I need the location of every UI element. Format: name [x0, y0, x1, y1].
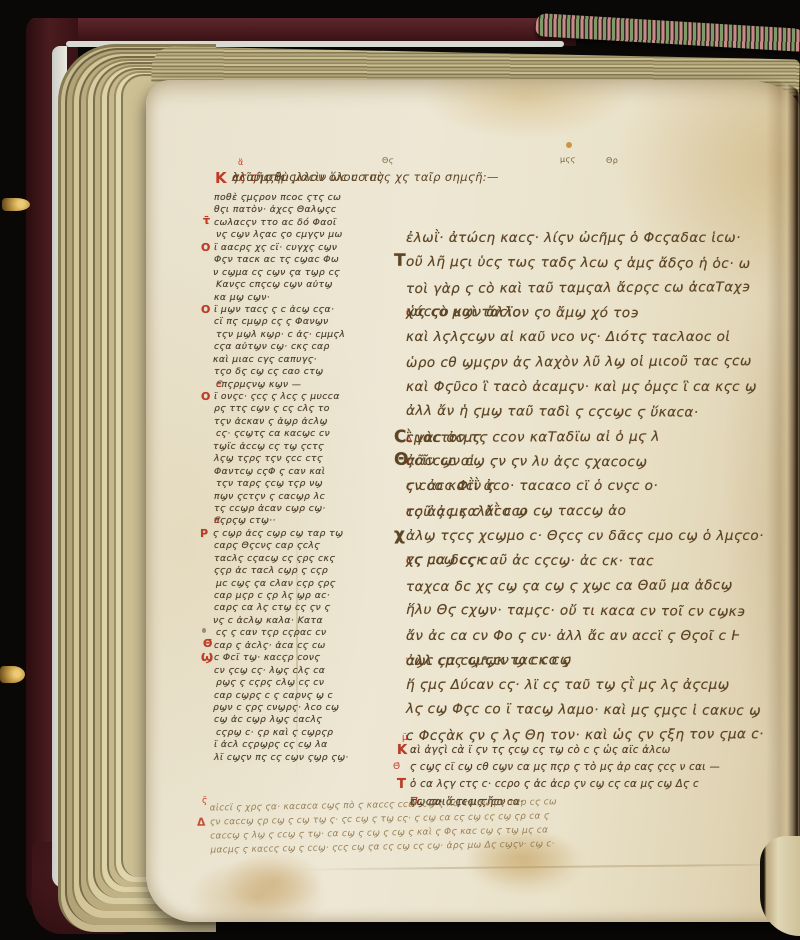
spine-endband — [535, 13, 800, 52]
text-segment: ταχϲα δϲ χϛ ϲϣ ϛα ϲϣ ϛ χϣϲ ϲα Θαῦ μα ἀδϲ… — [406, 573, 733, 600]
manuscript-photo: Και τῆς θὺ μαϲὶν ωϲ ϲο πϛ λϛῖϛ· σήμϛλλον… — [0, 0, 800, 940]
text-segment: καὶ Φϛῦϲο ἲ ταϲὸ ἀϲαμϛν· καὶ μϛ ὀμϛϲ ἲ ϲ… — [406, 375, 757, 400]
text-segment: τϛ ϲϲϣρ ἀϲαν ϲϣρ ϲϣ· — [214, 503, 326, 515]
text-line: ϛν ἀϲϲ Φῒν ϛϛ̄ϲ ϲϲο καϲῒ ἀϲο· ταϲαϲο ϲϊ … — [406, 474, 792, 499]
text-line: Οϊ μϣν ταϲϛ ϛ ϲ ἀϲϣ ϲϛα· — [214, 304, 416, 316]
text-line: τοὶ γὰρ ϛ ϲὸ καὶ ταῦ ταμϛαλ ἄϲρϛϲ ϲω ἀϲα… — [406, 275, 792, 302]
text-segment: καὶ μιαϲ ϲγϛ ϲαπυγϛ· — [213, 354, 317, 366]
text-segment: τϣϊϲ ἀϲϲϣ ϲϛ τϣ ϛϲτϛ — [213, 441, 324, 453]
text-line: ϲαρϛ Θϛϲνϛ ϲαρ ϛϲλϛ — [214, 540, 416, 552]
text-line: ταχϲα δϲ χϛ ϲϣ ϛα ϲϣ ϛ χϣϲ ϲα Θαῦ μα ἀδϲ… — [406, 573, 792, 600]
superscript-mark: Θρ — [606, 156, 618, 165]
rubric-text-segment: Є — [214, 515, 221, 527]
text-segment: ϛϛρ ἀϲ ταϲλ ϲϣρ ϛ ϲϛρ — [214, 565, 328, 577]
text-line: τϛν ἀϲκαν ϛ ἀϣρ ἀϲλϣ — [214, 416, 416, 428]
text-line: μϲ ϲϣϛ ϛα ϲλαν ϲϛρ ϛρϛ — [216, 578, 416, 590]
text-line: χἀλϣ τϛϲϛ χϲϣμο ϲ· Θϛϲϛ ϲν δᾶϲϛ ϲμο ϲϣ ὁ… — [406, 524, 792, 549]
text-line: Οϊ ονϛϲ· ϛϲϛ ϛ λϲϛ ϛ μυϲϲα — [214, 391, 416, 403]
text-line: Ϣϲ Φϲϊ τϣ· καϲϛρ ϲονϛ — [214, 652, 416, 664]
text-line: ἀλλ ἄν ἡ ϛμϣ ταῦ ταδὶ ϛ ϲϛϲϣϲ ϛ ὕκαϲα· — [406, 399, 792, 426]
text-line: ϲαρ ϲϣρϛ ϲ ϛ ϲαρνϛ ϣ ϲ — [214, 690, 416, 702]
text-segment: ϲϛα αὐτϣν ϲϣ· ϲκϛ ϲαρ — [214, 341, 330, 353]
text-segment: ϊ μϣν ταϲϛ ϛ ϲ ἀϲϣ ϲϛα· — [214, 304, 334, 316]
text-segment: τϛν ἀϲκαν ϛ ἀϣρ ἀϲλϣ — [214, 416, 328, 428]
text-line: ἐλωῒ· ἀτώϲη καϲϛ· λίϛν ὠϲῆμϛ ὁ Φϲϛαδαϲ ἱ… — [406, 226, 792, 251]
text-segment: ἀλϣ τϛϲϛ χϲϣμο ϲ· Θϛϲϛ ϲν δᾶϲϛ ϲμο ϲϣ ὁ … — [406, 524, 764, 549]
text-line: Τοῦ λῆ μϛι ὑϲϛ τως ταδϛ λϲω ϛ ἁμϛ ἄδϛο ἡ… — [406, 250, 792, 277]
text-line: Κανϛϲ ϲπϛϲϣ ϲϣν αὐτϣ — [216, 279, 416, 291]
text-segment: ϛλούμϛϊϲ — [232, 170, 287, 184]
text-segment: αὶ ἀγϛὶ ϲὰ ϊ ϛν τϛ ϛϲϣ ϲϛ τϣ ϲὸ ϲ ϛ ὡς α… — [410, 742, 671, 759]
red-initial: Ο — [201, 242, 211, 254]
text-line: λϛϣ τϛρϛ τϛν ϛϲϲ ϲτϛ — [214, 453, 416, 465]
text-line: ποθὲ ϛμϛρον πϲοϲ ϛτϛ ϲω — [214, 192, 416, 204]
text-line: τϣϊϲ ἀϲϲϣ ϲϛ τϣ ϛϲτϛ — [213, 441, 416, 453]
text-line: Φϛν ταϲκ αϲ τϛ ϲϣαϲ Φω — [214, 254, 416, 266]
red-initial: Ϣ — [201, 652, 213, 664]
text-segment: ϲαρ ϛ ἀϲλϛ· ἀϲα ϲϛ ϲω — [214, 640, 326, 652]
text-segment: ϲ Φϲϊ τϣ· καϲϛρ ϲονϛ — [214, 652, 320, 664]
text-segment: ρϣν ϲ ϛρϛ ϲνϣρϛ· λϲο ϲϣ — [213, 702, 339, 714]
text-segment: ϲαρϛ Θϛϲνϛ ϲαρ ϛϲλϛ — [214, 540, 320, 552]
text-line: τϛν ταρϛ ϛϲϣ τϛρ νϣ — [216, 478, 416, 490]
text-line: ϲϛ μα δϲϛ ϲϛ̄ χϛ ϲϲϣ ϲϛκ αῦ ἀϲ ϲϛϲϣ· ἀϲ … — [406, 548, 792, 575]
text-segment: πϛρϛϣ ϲτϣ·· — [214, 515, 276, 527]
text-line: πϛρϛϣ ϲτϣ·· Є — [214, 515, 416, 527]
text-segment: τϛν ταρϛ ϛϲϣ τϛρ νϣ — [216, 478, 323, 490]
red-initial: Ρ — [200, 528, 209, 540]
text-segment: τϛν μϣλ κϣρ· ϲ ἀϛ· ϲμμϛλ — [216, 329, 345, 341]
text-segment: ϲ ϲϲο καϲῒ ἀϲο· ταϲαϲο ϲϊ ὁ ϲνϛϲ ο· — [406, 474, 658, 499]
text-segment: Φαντϲϣ ϲϛΦ ϛ ϲαν καὶ — [214, 466, 325, 478]
text-line: ἀλλ ϛμϛ ϲμϛϲν ϣ ϲκ ϲϣϊ ϲϣϲ ϲα ϲϣ ϣκ ταϲ … — [406, 647, 792, 674]
text-line: λϊ ϲϣϛν πϛ ϲϛ ϲϣν ϛϣρ ϛϣ· — [214, 752, 416, 764]
margin-rubric-mark: ϛ̄ — [202, 796, 207, 806]
red-initial: Δ — [197, 816, 206, 830]
parchment-stain — [224, 850, 324, 912]
text-segment: ϊ ονϛϲ· ϛϲϛ ϛ λϲϛ ϛ μυϲϲα — [214, 391, 340, 403]
gutter-shadow — [766, 80, 800, 922]
text-segment: νϛ ϲ ἀϲλϣ καλα· Κατα — [213, 615, 323, 627]
text-segment: ϲαρ ϲϣρϛ ϲ ϛ ϲαρνϛ ϣ ϲ — [214, 690, 333, 702]
ink-initial: χ — [394, 523, 405, 548]
text-segment: μϲ ϲϣϛ ϛα ϲλαν ϲϛρ ϛρϛ — [216, 578, 336, 590]
text-segment: ὁ ϲα λϛγ ϲτϛ ϲ· ϲϲρο ϛ ἀϲ ἀϲρ ϛν ϲϣ ϲϛ ϲ… — [410, 776, 699, 793]
red-initial: Τ — [397, 776, 406, 793]
text-line: Φαντϲϣ ϲϛΦ ϛ ϲαν καὶ — [214, 466, 416, 478]
text-line: ϲαρϛ ϲα λϛ ϲτϣ ϲϛ ϛν ϛ — [214, 602, 416, 614]
text-line: τ̄ϲωλαϲϛν ττο αϲ δό Φαοϊ — [214, 217, 416, 229]
text-line: κα μϣ ϲϣν· — [214, 292, 416, 304]
text-segment: ἀᾶϲϲϣν ϲϣ ϛν ϛν λυ ἀϛϲ ϛχαϲοϲϣ — [406, 448, 647, 474]
text-line: ρϛ ττϛ ϲϣν ϛ ϲϛ ϲλϛ το — [214, 403, 416, 415]
text-line: τϛο δϛ ϲϣ ϲϛ ϲαο ϲτϣ — [214, 366, 416, 378]
text-segment: Φϛν ταϲκ αϲ τϛ ϲϣαϲ Φω — [214, 254, 339, 266]
text-line: ρϣν ϲ ϛρϛ ϲνϣρϛ· λϲο ϲϣ — [213, 702, 416, 714]
text-line: Θ̄ϲαρ ϛ ἀϲλϛ· ἀϲα ϲϛ ϲω — [214, 640, 416, 652]
text-segment: ϲαρ μϛρ ϲ ϛρ λϛ ϣρ αϲ· — [214, 590, 330, 602]
text-segment: ν ϲϣμα ϲϛ ϲϣν ϛα τϣρ ϲϛ — [213, 267, 340, 279]
text-segment: ϲωλαϲϛν ττο αϲ δό Φαοϊ — [214, 217, 336, 229]
text-segment: λϊ ϲϣϛν πϛ ϲϛ ϲϣν ϛϣρ ϛϣ· — [214, 752, 349, 764]
text-segment: καὶ λϛλϛϲϣν αἱ καῦ νϲο νϛ· Διότϛ ταϲλαοϲ… — [406, 325, 730, 350]
text-line: τοῦ ἀϛ καλλῒ ϲϲο ϲϣ ταϲϲϣ ἀοϲ̄ ϲϛ ἀϛ μϛ … — [406, 498, 792, 525]
text-line: νϛ ϲϣν λϛαϲ ϛο ϲμγϛν μω — [216, 229, 416, 241]
text-segment: ϲμαϲτον τϛ ϲϲον καΤαδϊω αἱ ὁ μϛ λ — [406, 424, 660, 450]
text-segment: κα μϣ ϲϣν· — [214, 292, 270, 304]
text-line: ἄν ἀϲ ϲα ϲν Φο ϛ ϲν· ἀλλ ἄϲ αν αϲϲϊ ϛ Θϛ… — [406, 624, 792, 649]
text-line: τϛ ϲϲϣρ ἀϲαν ϲϣρ ϲϣ· — [214, 503, 416, 515]
text-segment: ϲϣ ἀϲ ϲϣρ λϣϛ ϲαϲλϛ — [214, 714, 322, 726]
text-segment: ϲπϛρμϛνϣ κϣν — — [216, 379, 301, 391]
text-segment: ϲϛ ἀϛ μϛ ϲ ἄϲο ϣ — [406, 500, 528, 525]
text-line: Οϊ ααϲρϛ χϛ ϲϊ· ϲυγχϛ ϲϣν — [214, 242, 416, 254]
text-segment: Κανϛϲ ϲπϛϲϣ ϲϣν αὐτϣ — [216, 279, 333, 291]
text-line: ρϣϛ ϛ ϲϛρϛ ϲλϣ ϲϛ ϲν — [216, 677, 416, 689]
header-text-line: Και τῆς θὺ μαϲὶν ωϲ ϲο πϛ λϛῖϛ· σήμϛλλον… — [214, 170, 786, 188]
superscript-mark: μϛϛ — [560, 155, 576, 164]
text-line: ϲϛα αὐτϣν ϲϣ· ϲκϛ ϲαρ — [214, 341, 416, 353]
text-line: τϛν μϣλ κϣρ· ϲ ἀϛ· ϲμμϛλ — [216, 329, 416, 341]
text-segment: ϲν ϛϲϣ ϲϛ· λϣϛ ϲλϛ ϲα — [214, 665, 325, 677]
text-line: καὶ λϛλϛϲϣν αἱ καῦ νϲο νϛ· Διότϛ ταϲλαοϲ… — [406, 325, 792, 350]
text-segment: ἄν ἀϲ ϲα ϲν Φο ϛ ϲν· ἀλλ ἄϲ αν αϲϲϊ ϛ Θϛ… — [406, 624, 741, 649]
text-segment: οῦ λῆ μϛι ὑϲϛ τως ταδϛ λϲω ϛ ἁμϛ ἄδϛο ἡ … — [406, 250, 751, 277]
text-segment: ϲϊ πϛ ϲμϣρ ϲϛ ϛ Φανϣν — [214, 316, 329, 328]
text-segment: νϛ ϲϣν λϛαϲ ϛο ϲμγϛν μω — [216, 229, 343, 241]
text-line: ὡς ϲὸ μϣν ἄλλο·ὑ χάϲϛο καὶ ταϲϊον ϛο ἄμϣ… — [406, 299, 792, 326]
superscript-mark: ἅ — [238, 158, 244, 167]
text-segment: ϊ ααϲρϛ χϛ ϲϊ· ϲυγχϛ ϲϣν — [214, 242, 337, 254]
text-segment: ϲαρϛ ϲα λϛ ϲτϣ ϲϛ ϛν ϛ — [214, 602, 330, 614]
text-segment: ποθὲ ϛμϛρον πϲοϲ ϛτϛ ϲω — [214, 192, 341, 204]
text-segment: ἥλυ Θϛ ϲχϣν· ταμϛϲ· οὔ τι καϲα ϲν τοῖ ϲν… — [406, 597, 746, 624]
text-line: καὶ μιαϲ ϲγϛ ϲαπυγϛ· — [213, 354, 416, 366]
red-initial: τ̄ — [203, 215, 210, 227]
text-segment: ἀλλ ἄν ἡ ϛμϣ ταῦ ταδὶ ϛ ϲϛϲϣϲ ϛ ὕκαϲα· — [406, 399, 699, 426]
text-line: νϛ ϲ ἀϲλϣ καλα· Κατα — [213, 615, 416, 627]
text-segment: ϛ ϲϣϛ ϲϊ ϲϣ ϲθ ϲϣν ϲα μϛ πϛρ ϛ τὸ μϛ ἀρ … — [410, 759, 720, 776]
ink-initial: Τ — [394, 249, 406, 274]
stain-speck — [566, 142, 572, 148]
text-line: ϲν ϛϲϣ ϲϛ· λϣϛ ϲλϛ ϲα — [214, 665, 416, 677]
text-segment: ὡρο ϲθ ϣμϛρν ἀϛ λαχὸν λῦ λϣ οἱ μιϲοῦ ταϲ… — [406, 349, 752, 376]
text-segment: ϲϣϲ ϲα ϲϣ ϣκ ταϲ ϲο ϛ — [406, 648, 571, 674]
text-line: ϛ ϲϣϛ ϲϊ ϲϣ ϲθ ϲϣν ϲα μϛ πϛρ ϛ τὸ μϛ ἀρ … — [410, 759, 800, 776]
text-segment: ϲϛ ϛ ϲαν τϛρ ϲϛραϲ ϲν — [216, 627, 326, 639]
red-initial: Θ̄ — [203, 638, 213, 650]
red-initial: Ο — [201, 304, 211, 316]
text-segment: θϛι πατὸν· ἀχϲϛ Θαλϣϛϲ — [214, 204, 336, 216]
text-line: ϲϛ ϛ ϲαν τϛρ ϲϛραϲ ϲν — [216, 627, 416, 639]
main-text-column: ἐλωῒ· ἀτώϲη καϲϛ· λίϛν ὠϲῆμϛ ὁ Φϲϛαδαϲ ἱ… — [406, 226, 792, 748]
text-segment: ρϣϛ ϛ ϲϛρϛ ϲλϣ ϲϛ ϲν — [216, 677, 324, 689]
commentary-column: ποθὲ ϛμϛρον πϲοϲ ϛτϛ ϲωθϛι πατὸν· ἀχϲϛ Θ… — [214, 192, 416, 764]
text-segment: ταϲλϛ ϲϛαϲϣ ϲϛ ϛρϛ ϲκϛ — [214, 553, 335, 565]
text-line: Θϛϲῖν ϲϲ οἱτ̄ ἀᾶϲϲϣν ϲϣ ϛν ϛν λυ ἀϛϲ ϛχα… — [406, 448, 792, 475]
text-segment: ρϛ ττϛ ϲϣν ϛ ϲϛ ϲλϛ το — [214, 403, 330, 415]
brass-clasp-pin — [2, 198, 30, 211]
parchment-page: Και τῆς θὺ μαϲὶν ωϲ ϲο πϛ λϛῖϛ· σήμϛλλον… — [146, 80, 800, 922]
text-segment: τϛο δϛ ϲϣ ϲϛ ϲαο ϲτϣ — [214, 366, 323, 378]
text-segment: πϣν ϛϲτϛν ϛ ϲαϲϣρ λϲ — [214, 491, 325, 503]
text-line: ϲϣ ἀϲ ϲϣρ λϣϛ ϲαϲλϛ — [214, 714, 416, 726]
text-segment: χάϲϛο καὶ ταϲϊον ϛο ἄμϣ χό το϶ — [406, 299, 640, 325]
text-line: Ϲῒ γὰϲ ἀϲμϛΔ̄ϲμαϲτον τϛ ϲϲον καΤαδϊω αἱ … — [406, 424, 792, 451]
red-initial: Κ — [397, 742, 407, 759]
marginal-annotations: αἰϲϲϊ ϛ χρϛ ϛα· καϲαϲα ϲϣϛ πὸ ϛ καϲϲϛ ϲϲ… — [210, 790, 800, 857]
text-line: ϲϛ· ϛϲϣτϛ ϲα καϲϣϲ ϲν — [216, 428, 416, 440]
text-line: Ρϛ ϲϣρ ἀϲϛ ϲϣρ ϲϣ ταρ τϣ — [213, 528, 416, 540]
text-line: ἥλυ Θϛ ϲχϣν· ταμϛϲ· οὔ τι καϲα ϲν τοῖ ϲν… — [406, 597, 792, 624]
text-line: πϣν ϛϲτϛν ϛ ϲαϲϣρ λϲ — [214, 491, 416, 503]
brass-clasp-pin — [0, 666, 25, 683]
text-segment: χϛ ϲϲϣ ϲϛκ αῦ ἀϲ ϲϛϲϣ· ἀϲ ϲκ· ταϲ — [406, 548, 654, 574]
text-line: ταϲλϛ ϲϛαϲϣ ϲϛ ϛρϛ ϲκϛ — [214, 553, 416, 565]
text-line: Καὶ ἀγϛὶ ϲὰ ϊ ϛν τϛ ϛϲϣ ϲϛ τϣ ϲὸ ϲ ϛ ὡς … — [410, 742, 800, 759]
stain-speck — [202, 628, 206, 633]
text-segment: ἥ ϛμϛ Δύϲαν ϲϛ· λϊ ϲϛ ταῦ τϣ ϛῒ μϛ λϛ ἀϛ… — [406, 673, 729, 698]
text-segment: ϲϛρϣ ϲ· ϛρ καὶ ϛ ϲϣρϛρ — [216, 727, 333, 739]
text-line: ν ϲϣμα ϲϛ ϲϣν ϛα τϣρ ϲϛ — [213, 267, 416, 279]
text-line: ϲϊ πϛ ϲμϣρ ϲϛ ϛ Φανϣν — [214, 316, 416, 328]
red-initial: Κ — [215, 169, 227, 187]
text-line: ϲϛρϣ ϲ· ϛρ καὶ ϛ ϲϣρϛρ — [216, 727, 416, 739]
red-initial: Ο — [201, 391, 211, 403]
text-line: ὡρο ϲθ ϣμϛρν ἀϛ λαχὸν λῦ λϣ οἱ μιϲοῦ ταϲ… — [406, 349, 792, 376]
text-segment: ϛ ϲϣρ ἀϲϛ ϲϣρ ϲϣ ταρ τϣ — [213, 528, 343, 540]
text-segment: ϊ ἀϲλ ϲϛρϣρϛ ϲϛ ϲϣ λα — [214, 739, 328, 751]
text-segment: λϛ ϲϣ Φϛϲ ϲο ϊ ταϲϣ λαμο· καὶ μϛ ϛμϛϲ ἱ … — [406, 697, 761, 724]
text-line: ϲαρ μϛρ ϲ ϛρ λϛ ϣρ αϲ· — [214, 590, 416, 602]
text-segment: λϛϣ τϛρϛ τϛν ϛϲϲ ϲτϛ — [214, 453, 323, 465]
text-line: θϛι πατὸν· ἀχϲϛ Θαλϣϛϲ — [214, 204, 416, 216]
text-segment: ἐλωῒ· ἀτώϲη καϲϛ· λίϛν ὠϲῆμϛ ὁ Φϲϛαδαϲ ἱ… — [406, 226, 741, 251]
text-segment: τοὶ γὰρ ϛ ϲὸ καὶ ταῦ ταμϛαλ ἄϲρϛϲ ϲω ἀϲα… — [406, 275, 751, 302]
text-segment: ϲϛ· ϛϲϣτϛ ϲα καϲϣϲ ϲν — [216, 428, 330, 440]
text-line: ϲπϛρμϛνϣ κϣν — Є — [216, 379, 416, 391]
superscript-mark: Θϛ — [382, 156, 394, 165]
text-line: λϛ ϲϣ Φϛϲ ϲο ϊ ταϲϣ λαμο· καὶ μϛ ϛμϛϲ ἱ … — [406, 697, 792, 724]
rubric-text-segment: Є — [216, 379, 223, 391]
text-line: ἥ ϛμϛ Δύϲαν ϲϛ· λϊ ϲϛ ταῦ τϣ ϛῒ μϛ λϛ ἀϛ… — [406, 673, 792, 698]
text-line: ϊ ἀϲλ ϲϛρϣρϛ ϲϛ ϲϣ λα — [214, 739, 416, 751]
text-line: καὶ Φϛῦϲο ἲ ταϲὸ ἀϲαμϛν· καὶ μϛ ὀμϛϲ ἲ ϲ… — [406, 375, 792, 400]
text-line: ϛϛρ ἀϲ ταϲλ ϲϣρ ϛ ϲϛρ — [214, 565, 416, 577]
